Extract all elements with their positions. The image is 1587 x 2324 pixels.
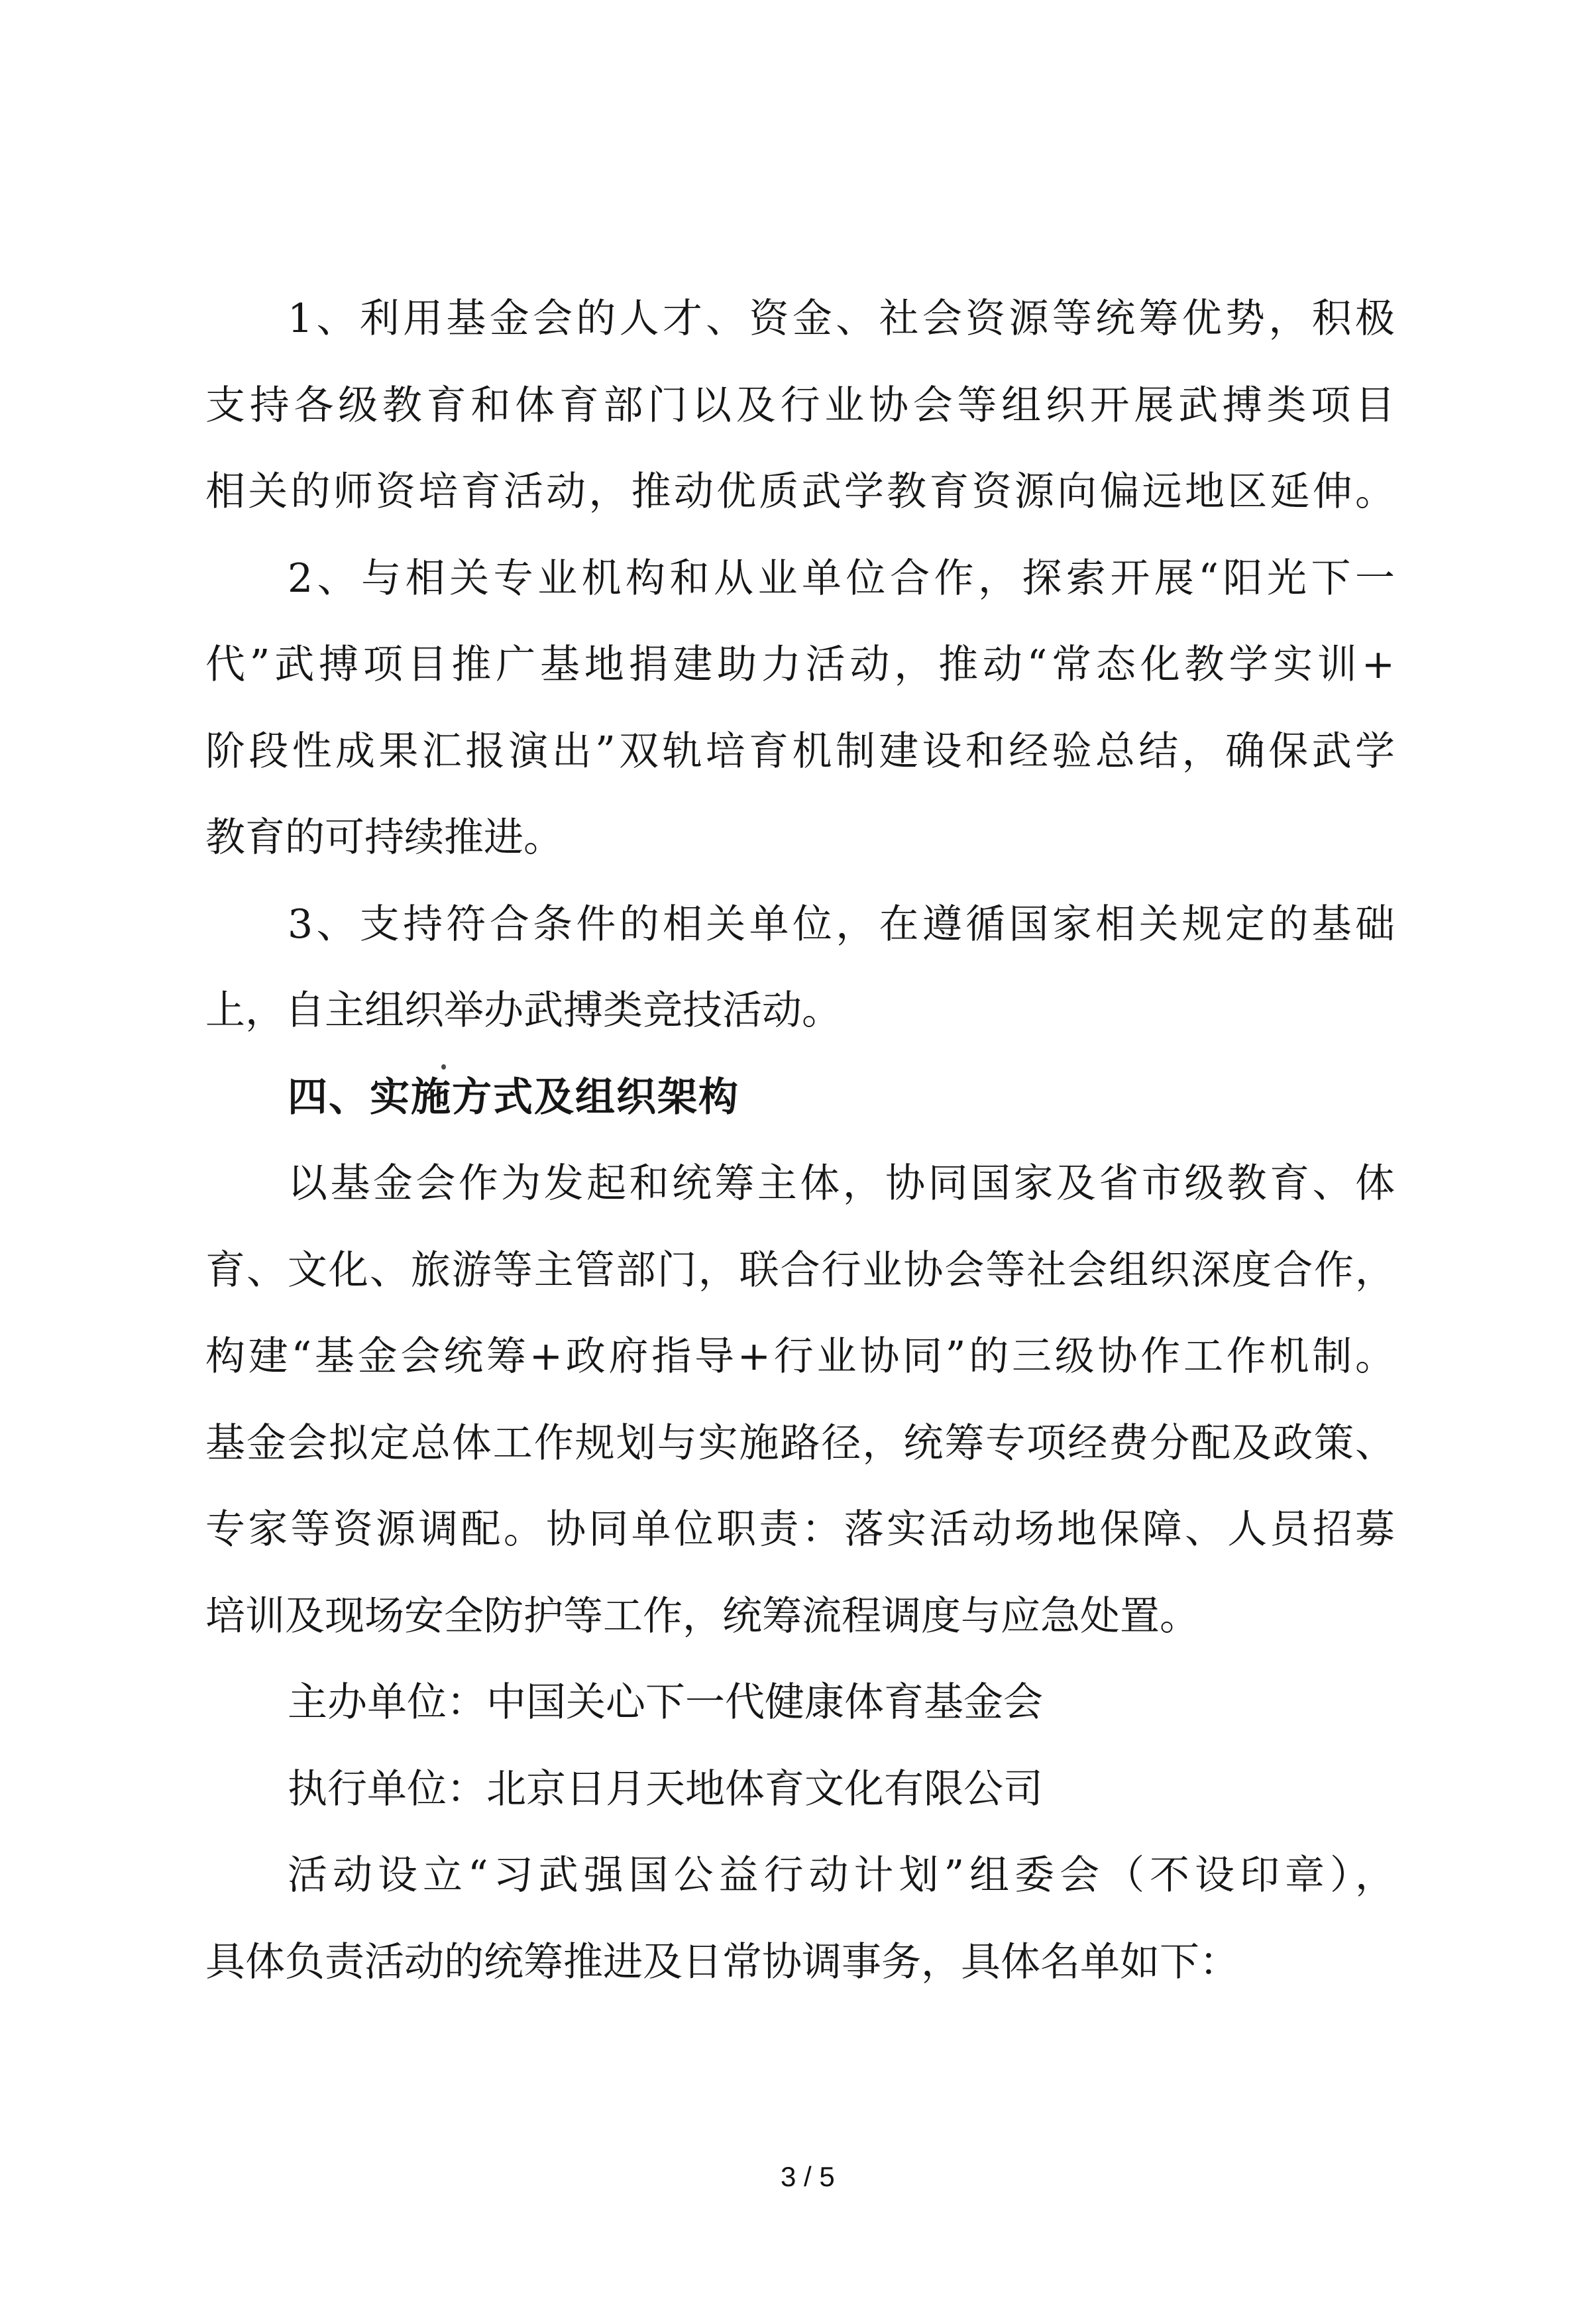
paragraph-line: 育、文化、旅游等主管部门，联合行业协会等社会组织深度合作， — [205, 1227, 1395, 1314]
paragraph-line: 阶段性成果汇报演出”双轨培育机制建设和经验总结，确保武学 — [205, 708, 1395, 795]
scan-speck-artifact — [441, 1064, 446, 1070]
paragraph-line: 基金会拟定总体工作规划与实施路径，统筹专项经费分配及政策、 — [205, 1400, 1395, 1487]
paragraph-line: 活动设立“习武强国公益行动计划”组委会（不设印章）， — [205, 1832, 1395, 1919]
page-number: 3 / 5 — [781, 2162, 835, 2192]
paragraph-line: 专家等资源调配。协同单位职责：落实活动场地保障、人员招募 — [205, 1486, 1395, 1573]
executor-line: 执行单位：北京日月天地体育文化有限公司 — [205, 1746, 1395, 1833]
scanned-document-page: 1、利用基金会的人才、资金、社会资源等统筹优势，积极 支持各级教育和体育部门以及… — [0, 0, 1587, 2324]
organizer-line: 主办单位：中国关心下一代健康体育基金会 — [205, 1659, 1395, 1746]
paragraph-line: 1、利用基金会的人才、资金、社会资源等统筹优势，积极 — [205, 276, 1395, 362]
paragraph-line: 以基金会作为发起和统筹主体，协同国家及省市级教育、体 — [205, 1140, 1395, 1227]
paragraph-line: 相关的师资培育活动，推动优质武学教育资源向偏远地区延伸。 — [205, 449, 1395, 535]
document-body: 1、利用基金会的人才、资金、社会资源等统筹优势，积极 支持各级教育和体育部门以及… — [205, 276, 1395, 2005]
paragraph-line: 教育的可持续推进。 — [205, 795, 1395, 881]
paragraph-line: 具体负责活动的统筹推进及日常协调事务，具体名单如下： — [205, 1919, 1395, 2006]
section-heading: 四、实施方式及组织架构 — [205, 1054, 1395, 1141]
paragraph-line: 2、与相关专业机构和从业单位合作，探索开展“阳光下一 — [205, 535, 1395, 622]
paragraph-line: 3、支持符合条件的相关单位，在遵循国家相关规定的基础 — [205, 881, 1395, 968]
paragraph-line: 代”武搏项目推广基地捐建助力活动，推动“常态化教学实训+ — [205, 622, 1395, 708]
paragraph-line: 培训及现场安全防护等工作，统筹流程调度与应急处置。 — [205, 1573, 1395, 1660]
paragraph-line: 上，自主组织举办武搏类竞技活动。 — [205, 968, 1395, 1054]
paragraph-line: 构建“基金会统筹+政府指导+行业协同”的三级协作工作机制。 — [205, 1313, 1395, 1400]
paragraph-line: 支持各级教育和体育部门以及行业协会等组织开展武搏类项目 — [205, 362, 1395, 449]
